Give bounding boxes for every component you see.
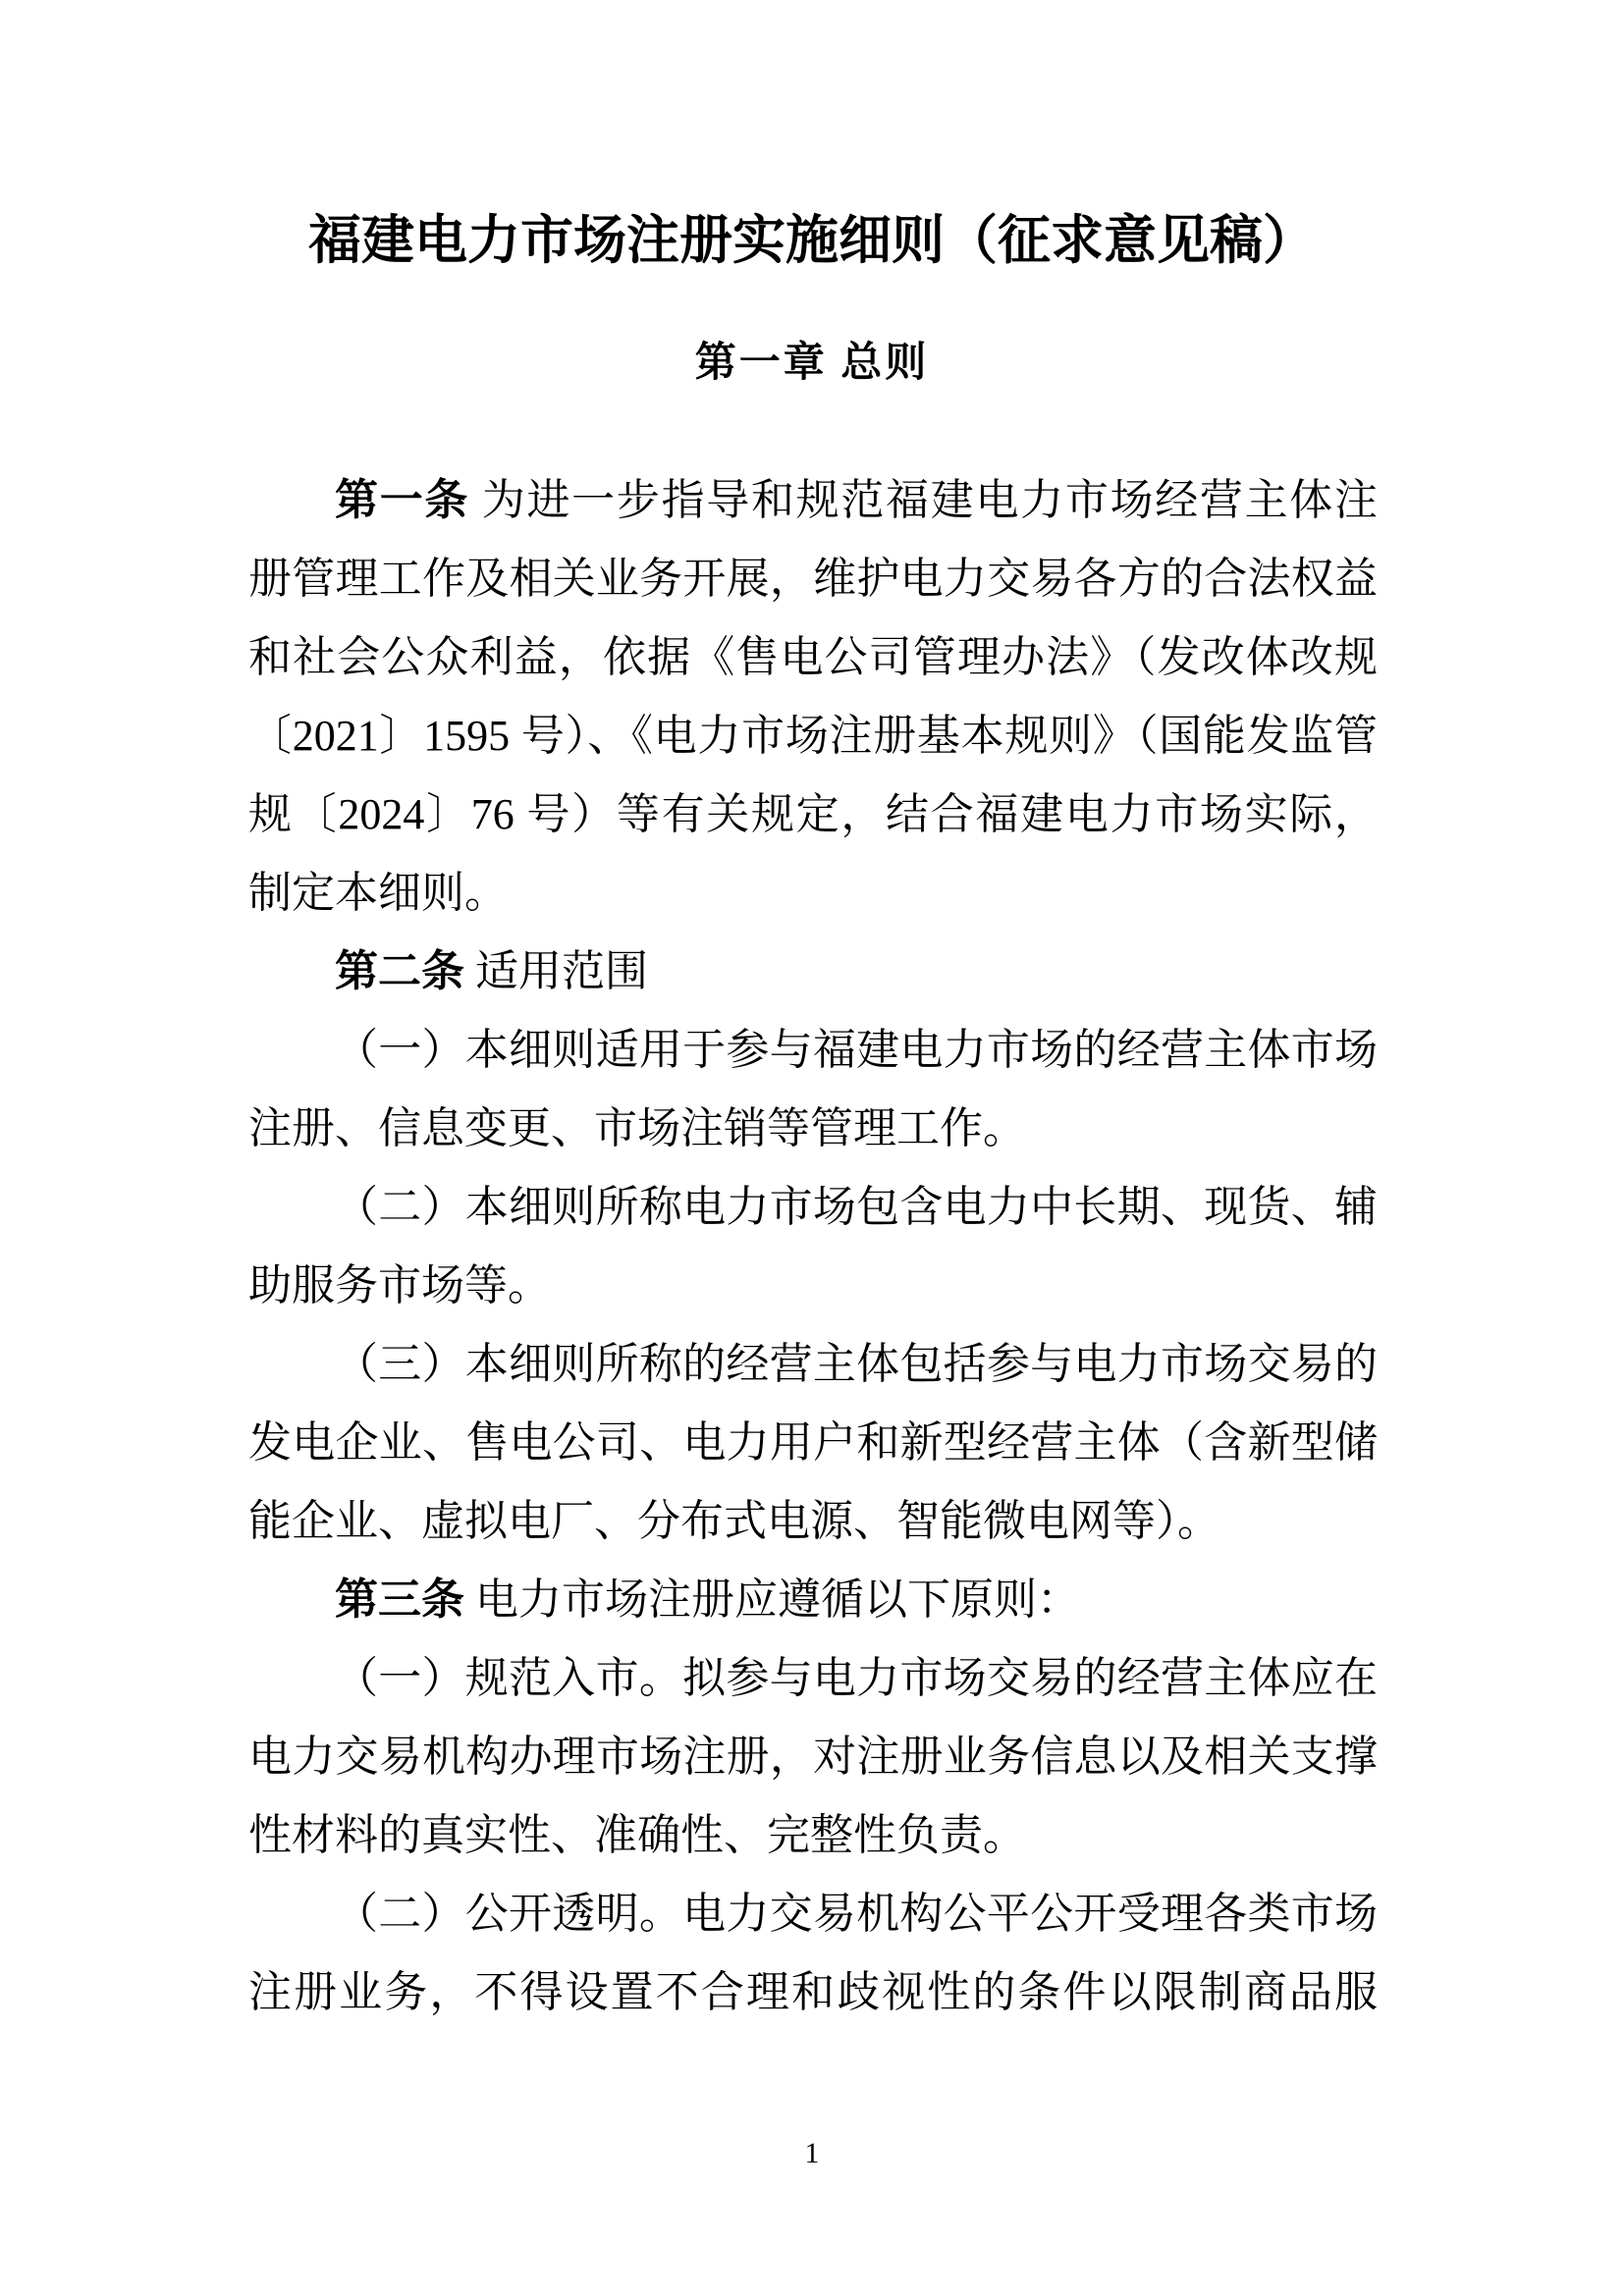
text-segment: 册管理工作及相关业务开展，维护电力交易各方的合法权益 [248,555,1378,603]
text-segment: 注册、信息变更、市场注销等管理工作。 [248,1104,1026,1152]
text-segment: 规〔2024〕76 号）等有关规定，结合福建电力市场实际， [248,790,1378,838]
text-segment: （二）公开透明。电力交易机构公平公开受理各类市场 [335,1890,1378,1938]
text-segment: 助服务市场等。 [248,1261,551,1309]
text-line: 性材料的真实性、准确性、完整性负责。 [248,1796,1378,1875]
text-line: （二）本细则所称电力市场包含电力中长期、现货、辅 [248,1168,1378,1247]
text-segment: （一）规范入市。拟参与电力市场交易的经营主体应在 [335,1654,1378,1702]
text-line: 〔2021〕1595 号）、《电力市场注册基本规则》（国能发监管 [248,697,1378,775]
text-segment: （二）本细则所称电力市场包含电力中长期、现货、辅 [335,1183,1378,1231]
text-line: （一）本细则适用于参与福建电力市场的经营主体市场 [248,1011,1378,1090]
document-body: 第一条 为进一步指导和规范福建电力市场经营主体注册管理工作及相关业务开展，维护电… [248,461,1378,2032]
text-segment: 制定本细则。 [248,869,508,917]
text-segment: 性材料的真实性、准确性、完整性负责。 [248,1811,1026,1859]
text-line: 和社会公众利益，依据《售电公司管理办法》（发改体改规 [248,618,1378,697]
text-line: 电力交易机构办理市场注册，对注册业务信息以及相关支撑 [248,1718,1378,1796]
text-line: 第一条 为进一步指导和规范福建电力市场经营主体注 [248,461,1378,540]
article-label: 第一条 [335,476,469,524]
text-line: 第三条 电力市场注册应遵循以下原则： [248,1561,1378,1639]
text-line: 第二条 适用范围 [248,933,1378,1011]
page-number-footer: 1 [0,2132,1624,2175]
text-segment: 能企业、虚拟电厂、分布式电源、智能微电网等）。 [248,1497,1220,1545]
article-label: 第三条 [335,1575,464,1624]
text-line: 注册、信息变更、市场注销等管理工作。 [248,1090,1378,1168]
text-line: 注册业务，不得设置不合理和歧视性的条件以限制商品服 [248,1953,1378,2032]
page-title: 福建电力市场注册实施细则（征求意见稿） [0,201,1624,280]
text-segment: （三）本细则所称的经营主体包括参与电力市场交易的 [335,1340,1378,1388]
text-segment: 电力交易机构办理市场注册，对注册业务信息以及相关支撑 [248,1733,1378,1781]
document-page: 福建电力市场注册实施细则（征求意见稿） 第一章 总则 第一条 为进一步指导和规范… [0,0,1624,2296]
text-line: （三）本细则所称的经营主体包括参与电力市场交易的 [248,1325,1378,1404]
text-line: 册管理工作及相关业务开展，维护电力交易各方的合法权益 [248,540,1378,618]
text-segment: 电力市场注册应遵循以下原则： [464,1575,1080,1624]
text-line: 规〔2024〕76 号）等有关规定，结合福建电力市场实际， [248,775,1378,854]
text-line: 发电企业、售电公司、电力用户和新型经营主体（含新型储 [248,1404,1378,1482]
text-segment: 〔2021〕1595 号）、《电力市场注册基本规则》（国能发监管 [248,712,1378,760]
text-segment: 和社会公众利益，依据《售电公司管理办法》（发改体改规 [248,633,1378,681]
text-line: （二）公开透明。电力交易机构公平公开受理各类市场 [248,1875,1378,1953]
text-line: 助服务市场等。 [248,1247,1378,1325]
text-line: 制定本细则。 [248,854,1378,933]
text-segment: （一）本细则适用于参与福建电力市场的经营主体市场 [335,1026,1378,1074]
text-segment: 适用范围 [464,947,648,995]
text-line: 能企业、虚拟电厂、分布式电源、智能微电网等）。 [248,1482,1378,1561]
text-segment: 发电企业、售电公司、电力用户和新型经营主体（含新型储 [248,1418,1378,1467]
chapter-heading: 第一章 总则 [0,336,1624,391]
article-label: 第二条 [335,947,464,995]
text-segment: 为进一步指导和规范福建电力市场经营主体注 [469,476,1378,524]
text-line: （一）规范入市。拟参与电力市场交易的经营主体应在 [248,1639,1378,1718]
text-segment: 注册业务，不得设置不合理和歧视性的条件以限制商品服 [248,1968,1378,2016]
